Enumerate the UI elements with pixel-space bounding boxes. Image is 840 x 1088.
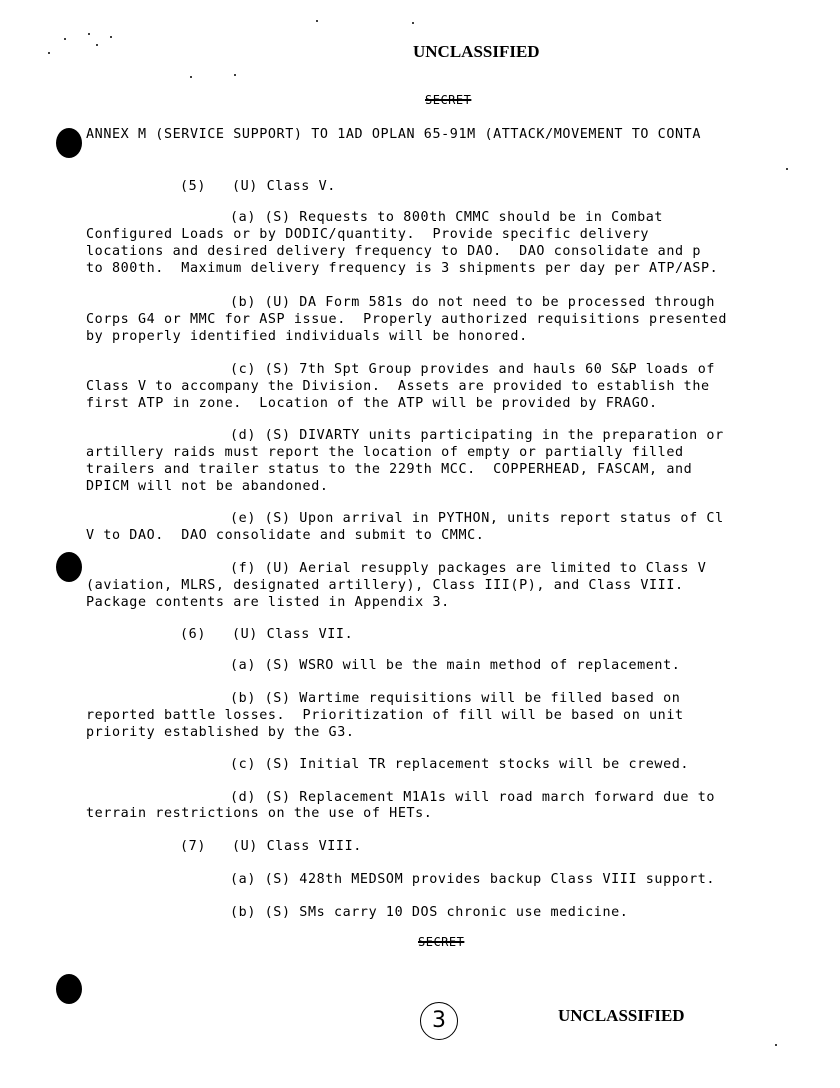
punch-hole-bottom — [56, 974, 82, 1004]
para-5c-line-1: (c) (S) 7th Spt Group provides and hauls… — [230, 361, 715, 378]
para-5b-line-1: (b) (U) DA Form 581s do not need to be p… — [230, 294, 715, 311]
annex-title: ANNEX M (SERVICE SUPPORT) TO 1AD OPLAN 6… — [86, 126, 701, 143]
para-5f-line-2: (aviation, MLRS, designated artillery), … — [86, 577, 684, 594]
secret-marking-bottom: SECRET — [418, 935, 464, 949]
para-5a-line-4: to 800th. Maximum delivery frequency is … — [86, 260, 718, 277]
para-5c-line-2: Class V to accompany the Division. Asset… — [86, 378, 710, 395]
para-6b-line-3: priority established by the G3. — [86, 724, 355, 741]
scan-speck — [234, 74, 236, 76]
para-5f-line-1: (f) (U) Aerial resupply packages are lim… — [230, 560, 706, 577]
scan-speck — [775, 1044, 777, 1046]
section-heading-class-v: (5) (U) Class V. — [180, 178, 336, 195]
section-heading-class-vii: (6) (U) Class VII. — [180, 626, 353, 643]
page-number-circled: 3 — [420, 1002, 458, 1040]
scan-speck — [88, 33, 90, 35]
para-5d-line-4: DPICM will not be abandoned. — [86, 478, 329, 495]
scan-speck — [412, 22, 414, 24]
para-5b-line-3: by properly identified individuals will … — [86, 328, 528, 345]
punch-hole-top — [56, 128, 82, 158]
scan-speck — [316, 20, 318, 22]
para-5a-line-3: locations and desired delivery frequency… — [86, 243, 701, 260]
para-6b-line-2: reported battle losses. Prioritization o… — [86, 707, 684, 724]
para-5a-line-2: Configured Loads or by DODIC/quantity. P… — [86, 226, 649, 243]
para-5e-line-1: (e) (S) Upon arrival in PYTHON, units re… — [230, 510, 724, 527]
scan-speck — [110, 36, 112, 38]
scan-speck — [786, 168, 788, 170]
scan-speck — [190, 76, 192, 78]
scan-speck — [64, 38, 66, 40]
para-5f-line-3: Package contents are listed in Appendix … — [86, 594, 450, 611]
para-6b-line-1: (b) (S) Wartime requisitions will be fil… — [230, 690, 680, 707]
punch-hole-middle — [56, 552, 82, 582]
para-6d-line-1: (d) (S) Replacement M1A1s will road marc… — [230, 789, 715, 806]
para-5c-line-3: first ATP in zone. Location of the ATP w… — [86, 395, 658, 412]
para-6d-line-2: terrain restrictions on the use of HETs. — [86, 805, 432, 822]
classification-bottom: UNCLASSIFIED — [558, 1006, 685, 1026]
para-7a-line-1: (a) (S) 428th MEDSOM provides backup Cla… — [230, 871, 715, 888]
scan-speck — [96, 44, 98, 46]
secret-marking-top: SECRET — [425, 93, 471, 107]
para-5a-line-1: (a) (S) Requests to 800th CMMC should be… — [230, 209, 663, 226]
para-5d-line-1: (d) (S) DIVARTY units participating in t… — [230, 427, 724, 444]
classification-top: UNCLASSIFIED — [413, 42, 540, 62]
para-5e-line-2: V to DAO. DAO consolidate and submit to … — [86, 527, 484, 544]
scan-speck — [48, 52, 50, 54]
section-heading-class-viii: (7) (U) Class VIII. — [180, 838, 362, 855]
para-6c-line-1: (c) (S) Initial TR replacement stocks wi… — [230, 756, 689, 773]
para-5d-line-2: artillery raids must report the location… — [86, 444, 684, 461]
para-7b-line-1: (b) (S) SMs carry 10 DOS chronic use med… — [230, 904, 628, 921]
para-5d-line-3: trailers and trailer status to the 229th… — [86, 461, 692, 478]
para-6a-line-1: (a) (S) WSRO will be the main method of … — [230, 657, 680, 674]
para-5b-line-2: Corps G4 or MMC for ASP issue. Properly … — [86, 311, 727, 328]
